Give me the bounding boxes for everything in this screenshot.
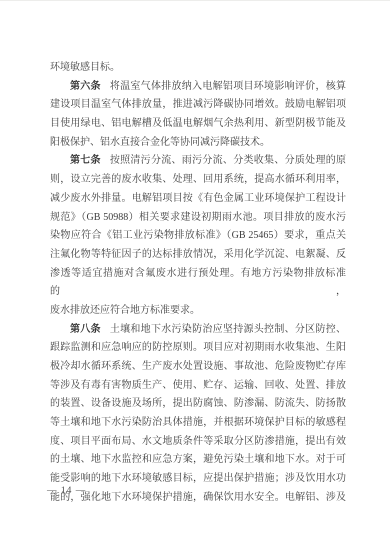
page-number: — 14 — [47,486,86,496]
article-label: 第八条 [70,324,101,335]
text-line-article-8: 第八条土壤和地下水污染防治应坚持源头控制、分区防控、 [50,321,346,340]
text-line: 等涉及有毒有害物质生产、使用、贮存、运输、回收、处置、排放 [50,377,346,396]
text-line: 环境敏感目标。 [50,59,346,78]
text-line: 减少废水外排量。电解铝项目按《有色金属工业环境保护工程设计 [50,190,346,209]
text-line: 跟踪监测和应急响应的防控原则。项目应对初期雨水收集池、生阳 [50,339,346,358]
text-segment: 按照清污分流、雨污分流、分类收集、分质处理的原 [110,155,346,166]
article-label: 第六条 [70,81,101,92]
text-line: 能的，强化地下水环境保护措施，确保饮用水安全。电解铝、涉及 [50,489,346,508]
text-segment: 土壤和地下水污染防治应坚持源头控制、分区防控、 [110,324,346,335]
text-line: 注氟化物等特征因子的达标排放情况，采用化学沉淀、电絮凝、反 [50,246,346,265]
text-line: 目使用绿电、铝电解槽及低温电解烟气余热利用、新型阴极节能及 [50,115,346,134]
text-block: 环境敏感目标。 第六条将温室气体排放纳入电解铝项目环境影响评价，核算 建设项目温… [50,59,346,508]
text-line: 渗透等适宜措施对含氟废水进行预处理。有地方污染物排放标准的， [50,265,346,302]
text-line-article-6: 第六条将温室气体排放纳入电解铝项目环境影响评价，核算 [50,78,346,97]
text-line-article-7: 第七条按照清污分流、雨污分流、分类收集、分质处理的原 [50,152,346,171]
text-line: 染物应符合《铝工业污染物排放标准》（GB 25465）要求，重点关 [50,227,346,246]
text-line: 等土壤和地下水污染防治具体措施，并根据环境保护目标的敏感程 [50,414,346,433]
text-line: 建设项目温室气体排放量，推进减污降碳协同增效。鼓励电解铝项 [50,96,346,115]
article-label: 第七条 [70,155,101,166]
text-segment: 将温室气体排放纳入电解铝项目环境影响评价，核算 [110,81,346,92]
text-line: 极冷却水循环系统、生产废水处置设施、事故池、危险废物贮存库 [50,358,346,377]
text-line: 能受影响的地下水环境敏感目标，应提出保护措施；涉及饮用水功 [50,470,346,489]
text-line: 阳极保护、铝水直接合金化等协同减污降碳技术。 [50,134,346,153]
text-line: 的土壤、地下水监控和应急方案，避免污染土壤和地下水。对于可 [50,451,346,470]
document-page: 环境敏感目标。 第六条将温室气体排放纳入电解铝项目环境影响评价，核算 建设项目温… [0,0,390,551]
text-line: 的装置、设备设施及场所，提出防腐蚀、防渗漏、防流失、防扬散 [50,395,346,414]
text-line: 规范》（GB 50988）相关要求建设初期雨水池。项目排放的废水污 [50,209,346,228]
text-line: 废水排放还应符合地方标准要求。 [50,302,346,321]
text-line: 则，设立完善的废水收集、处理、回用系统，提高水循环利用率， [50,171,346,190]
text-line: 度、项目平面布局、水文地质条件等采取分区防渗措施，提出有效 [50,433,346,452]
